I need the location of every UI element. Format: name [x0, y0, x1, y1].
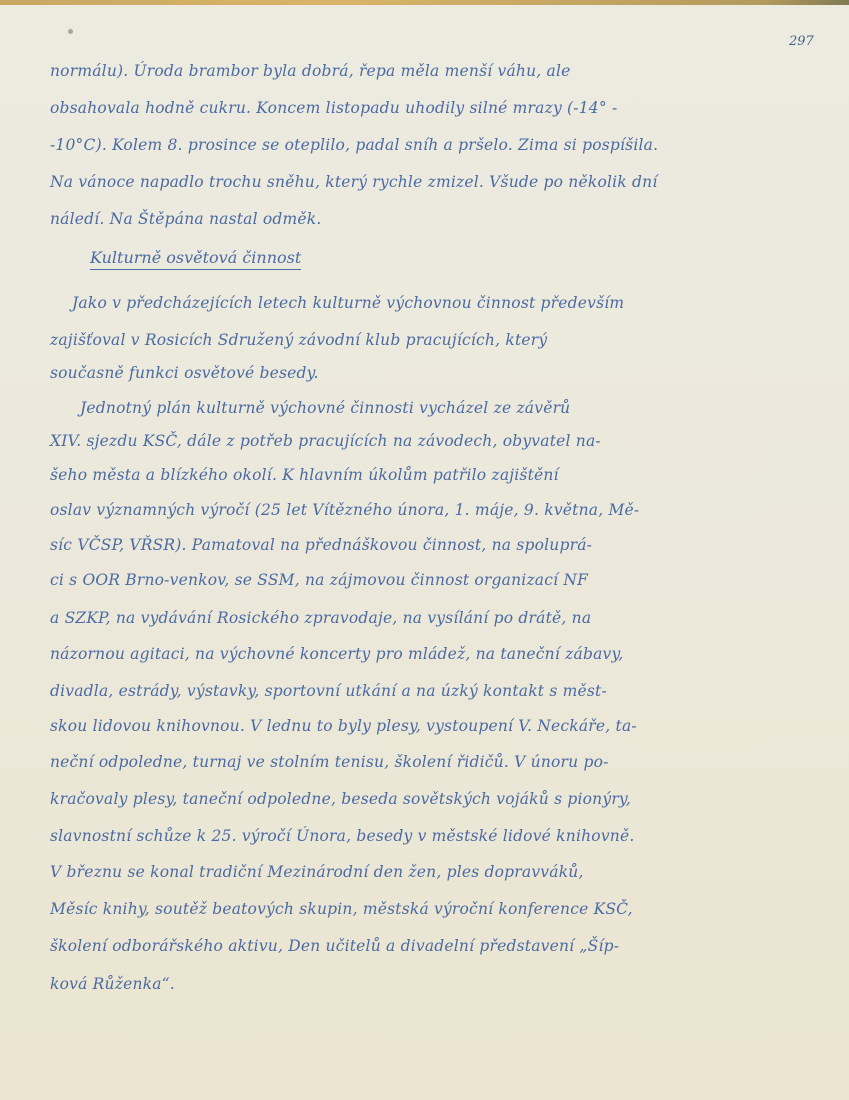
text-line: XIV. sjezdu KSČ, dále z potřeb pracující…	[50, 432, 601, 450]
text-line: Měsíc knihy, soutěž beatových skupin, mě…	[50, 900, 633, 918]
text-line: divadla, estrády, výstavky, sportovní ut…	[50, 682, 607, 700]
text-line: obsahovala hodně cukru. Koncem listopadu…	[50, 99, 617, 117]
section-heading: Kulturně osvětová činnost	[90, 248, 301, 270]
text-line: oslav významných výročí (25 let Vítěznéh…	[50, 501, 639, 519]
handwritten-chronicle-page: 297 normálu). Úroda brambor byla dobrá, …	[0, 5, 849, 1100]
text-line: náledí. Na Štěpána nastal odměk.	[50, 210, 322, 228]
text-line: síc VČSP, VŘSR). Pamatoval na přednáškov…	[50, 536, 592, 554]
text-line: ci s OOR Brno-venkov, se SSM, na zájmovo…	[50, 571, 588, 589]
text-line: -10°C). Kolem 8. prosince se oteplilo, p…	[50, 136, 658, 154]
text-line: názornou agitaci, na výchovné koncerty p…	[50, 645, 624, 663]
text-line: Jednotný plán kulturně výchovné činnosti…	[80, 399, 570, 417]
text-line: a SZKP, na vydávání Rosického zpravodaje…	[50, 609, 591, 627]
text-line: Jako v předcházejících letech kulturně v…	[72, 294, 624, 312]
text-line: ková Růženka“.	[50, 975, 175, 993]
text-line: šeho města a blízkého okolí. K hlavním ú…	[50, 466, 559, 484]
text-line: V březnu se konal tradiční Mezinárodní d…	[50, 863, 584, 881]
text-line: Na vánoce napadlo trochu sněhu, který ry…	[50, 173, 657, 191]
text-line: slavnostní schůze k 25. výročí Února, be…	[50, 827, 634, 845]
paper-speck	[68, 29, 73, 34]
text-line: neční odpoledne, turnaj ve stolním tenis…	[50, 753, 609, 771]
text-line: skou lidovou knihovnou. V lednu to byly …	[50, 717, 637, 735]
page-number: 297	[789, 34, 814, 49]
text-line: zajišťoval v Rosicích Sdružený závodní k…	[50, 331, 547, 349]
text-line: kračovaly plesy, taneční odpoledne, bese…	[50, 790, 631, 808]
text-line: normálu). Úroda brambor byla dobrá, řepa…	[50, 62, 571, 80]
text-line: současně funkci osvětové besedy.	[50, 364, 319, 382]
text-line: školení odborářského aktivu, Den učitelů…	[50, 937, 619, 955]
